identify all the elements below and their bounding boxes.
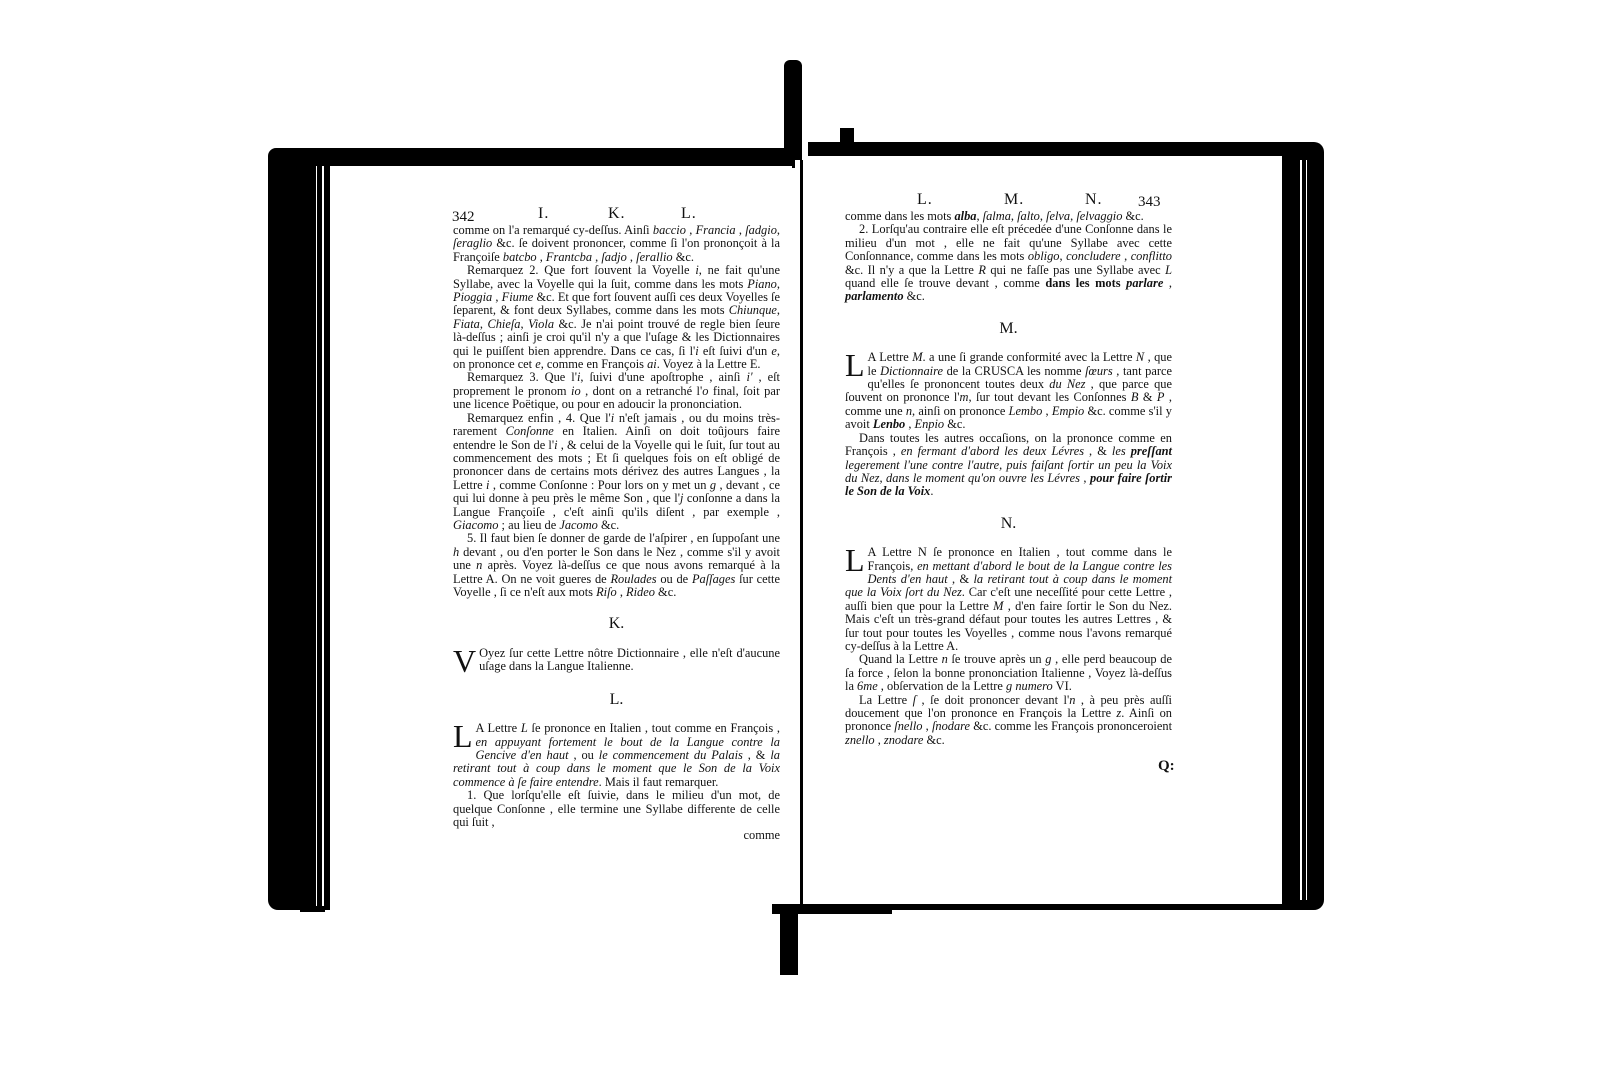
right-bottom-cover-edge [808, 904, 1308, 910]
spine-bottom [780, 905, 798, 975]
running-head-left-2: K. [608, 205, 626, 223]
catchword: comme [453, 829, 780, 842]
right-page-stack-line [1306, 160, 1307, 900]
paragraph: comme dans les mots alba, ſalma, ſalto, … [845, 210, 1172, 223]
drop-cap-k: V [453, 648, 476, 675]
section-n-paragraph-3: La Lettre ſ , ſe doit prononcer devant l… [845, 694, 1172, 748]
running-head-right-3: N. [1085, 191, 1103, 209]
section-l-paragraph: LA Lettre L ſe prononce en Italien , tou… [453, 722, 780, 789]
running-head-right-1: L. [917, 191, 933, 209]
left-page-stack-line [322, 166, 324, 906]
section-m-text: A Lettre M. a une ſi grande conformité a… [845, 350, 1172, 431]
right-top-cover-edge [808, 142, 1298, 156]
left-page-body: comme on l'a remarqué cy-deſſus. Ainſi b… [453, 224, 780, 843]
paragraph: 5. Il faut bien ſe donner de garde de l'… [453, 532, 780, 599]
section-k-text: Oyez ſur cette Lettre nôtre Dictionnaire… [479, 646, 780, 673]
section-heading-k: K. [453, 617, 780, 630]
paragraph: Remarquez enfin , 4. Que l'i n'eſt jamai… [453, 412, 780, 533]
section-n-paragraph-2: Quand la Lettre n ſe trouve après un g ,… [845, 653, 1172, 693]
section-m-paragraph-2: Dans toutes les autres occaſions, on la … [845, 432, 1172, 499]
section-n-paragraph: LA Lettre N ſe prononce en Italien , tou… [845, 546, 1172, 653]
section-l-text: A Lettre L ſe prononce en Italien , tout… [453, 721, 780, 789]
drop-cap-m: L [845, 352, 865, 379]
left-page-stack-line [316, 166, 317, 906]
running-head-left-1: I. [538, 205, 549, 223]
right-page-body: comme dans les mots alba, ſalma, ſalto, … [845, 210, 1172, 747]
signature-mark: Q: [1158, 758, 1175, 775]
section-heading-m: M. [845, 322, 1172, 335]
spine [784, 60, 802, 160]
paragraph: comme on l'a remarqué cy-deſſus. Ainſi b… [453, 224, 780, 264]
running-head-right-2: M. [1004, 191, 1024, 209]
right-page-stack-line [1300, 160, 1302, 900]
gutter-line [800, 160, 803, 910]
drop-cap-n: L [845, 547, 865, 574]
left-top-cover-edge [275, 148, 795, 168]
paragraph: Remarquez 2. Que fort ſouvent la Voyelle… [453, 264, 780, 371]
section-heading-n: N. [845, 517, 1172, 530]
section-k-paragraph: VOyez ſur cette Lettre nôtre Dictionnair… [453, 647, 780, 674]
running-head-left-3: L. [681, 205, 697, 223]
right-top-cover-tab [840, 128, 854, 144]
right-cover-edge [1282, 142, 1324, 910]
left-paragraphs: comme on l'a remarqué cy-deſſus. Ainſi b… [453, 224, 780, 599]
paragraph: 2. Lorſqu'au contraire elle eſt précedée… [845, 223, 1172, 303]
drop-cap-l: L [453, 723, 473, 750]
section-n-text: A Lettre N ſe prononce en Italien , tout… [845, 545, 1172, 653]
section-m-paragraph: LA Lettre M. a une ſi grande conformité … [845, 351, 1172, 431]
right-paragraphs: comme dans les mots alba, ſalma, ſalto, … [845, 210, 1172, 304]
section-l-paragraph-2: 1. Que lorſqu'elle eſt ſuivie, dans le m… [453, 789, 780, 829]
left-bottom-cover-edge [300, 906, 325, 912]
paragraph: Remarquez 3. Que l'i, ſuivi d'une apoſtr… [453, 371, 780, 411]
section-heading-l: L. [453, 693, 780, 706]
